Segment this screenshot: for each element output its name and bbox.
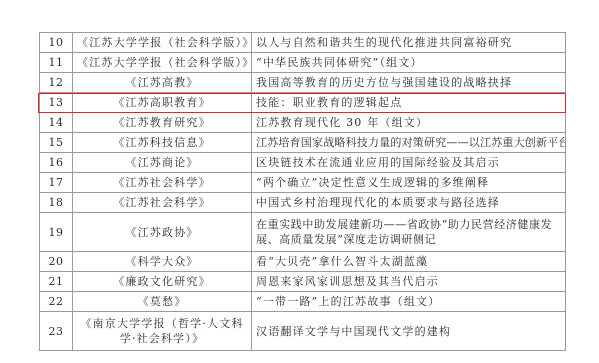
row-number: 10 <box>40 33 73 53</box>
table-row: 18 《江苏社会科学》 中国式乡村治理现代化的本质要求与路径选择 <box>40 193 566 213</box>
row-number: 11 <box>40 53 73 73</box>
article-title: 看“大贝壳”拿什么智斗太湖蓝藻 <box>252 252 566 272</box>
row-number: 20 <box>40 252 73 272</box>
journal-name: 《江苏社会科学》 <box>73 173 252 193</box>
journal-name: 《江苏社会科学》 <box>73 193 252 213</box>
row-number: 19 <box>40 213 73 252</box>
row-number: 12 <box>40 73 73 93</box>
row-number: 22 <box>40 292 73 312</box>
journal-name: 《廉政文化研究》 <box>73 272 252 292</box>
article-title: 技能：职业教育的逻辑起点 <box>252 93 566 113</box>
article-title: “中华民族共同体研究”（组文） <box>252 53 566 73</box>
article-title: 以人与自然和谐共生的现代化推进共同富裕研究 <box>252 33 566 53</box>
article-title: 周恩来家风家训思想及其当代启示 <box>252 272 566 292</box>
row-number: 18 <box>40 193 73 213</box>
table-row: 20 《科学大众》 看“大贝壳”拿什么智斗太湖蓝藻 <box>40 252 566 272</box>
table-row: 15 《江苏科技信息》 江苏培育国家战略科技力量的对策研究——以江苏重大创新平台… <box>40 133 566 153</box>
journal-name: 《江苏大学学报（社会科学版）》 <box>73 33 252 53</box>
table-row: 19 《江苏政协》 在重实践中助发展建新功——省政协“助力民营经济健康发展、高质… <box>40 213 566 252</box>
journal-name: 《江苏高职教育》 <box>73 93 252 113</box>
journal-name: 《江苏政协》 <box>73 213 252 252</box>
table-row: 21 《廉政文化研究》 周恩来家风家训思想及其当代启示 <box>40 272 566 292</box>
row-number: 15 <box>40 133 73 153</box>
table-row: 14 《江苏教育研究》 江苏教育现代化 30 年（组文） <box>40 113 566 133</box>
article-title: “一带一路”上的江苏故事（组文） <box>252 292 566 312</box>
article-title: 我国高等教育的历史方位与强国建设的战略抉择 <box>252 73 566 93</box>
journal-name: 《科学大众》 <box>73 252 252 272</box>
journal-name: 《江苏教育研究》 <box>73 113 252 133</box>
article-title: 江苏培育国家战略科技力量的对策研究——以江苏重大创新平台为例 <box>252 133 566 153</box>
table-row: 12 《江苏高教》 我国高等教育的历史方位与强国建设的战略抉择 <box>40 73 566 93</box>
article-title: 在重实践中助发展建新功——省政协“助力民营经济健康发展、高质量发展”深度走访调研… <box>252 213 566 252</box>
journal-name: 《江苏大学学报（社会科学版）》 <box>73 53 252 73</box>
table-row: 11 《江苏大学学报（社会科学版）》 “中华民族共同体研究”（组文） <box>40 53 566 73</box>
article-title: “两个确立”决定性意义生成逻辑的多维阐释 <box>252 173 566 193</box>
journal-name: 《江苏高教》 <box>73 73 252 93</box>
table-row: 22 《莫愁》 “一带一路”上的江苏故事（组文） <box>40 292 566 312</box>
journal-name: 《江苏商论》 <box>73 153 252 173</box>
row-number: 23 <box>40 312 73 351</box>
table-row: 23 《南京大学学报（哲学·人文科学·社会科学）》 汉语翻译文学与中国现代文学的… <box>40 312 566 351</box>
article-title: 汉语翻译文学与中国现代文学的建构 <box>252 312 566 351</box>
table-row: 17 《江苏社会科学》 “两个确立”决定性意义生成逻辑的多维阐释 <box>40 173 566 193</box>
row-number: 14 <box>40 113 73 133</box>
row-number: 17 <box>40 173 73 193</box>
row-number: 13 <box>40 93 73 113</box>
table-row: 10 《江苏大学学报（社会科学版）》 以人与自然和谐共生的现代化推进共同富裕研究 <box>40 33 566 53</box>
row-number: 16 <box>40 153 73 173</box>
award-list-table-container: 10 《江苏大学学报（社会科学版）》 以人与自然和谐共生的现代化推进共同富裕研究… <box>39 32 566 351</box>
table-row-highlighted: 13 《江苏高职教育》 技能：职业教育的逻辑起点 <box>40 93 566 113</box>
journal-name: 《南京大学学报（哲学·人文科学·社会科学）》 <box>73 312 252 351</box>
article-title: 中国式乡村治理现代化的本质要求与路径选择 <box>252 193 566 213</box>
award-list-table: 10 《江苏大学学报（社会科学版）》 以人与自然和谐共生的现代化推进共同富裕研究… <box>39 32 566 351</box>
article-title: 区块链技术在流通业应用的国际经验及其启示 <box>252 153 566 173</box>
article-title: 江苏教育现代化 30 年（组文） <box>252 113 566 133</box>
journal-name: 《江苏科技信息》 <box>73 133 252 153</box>
table-row: 16 《江苏商论》 区块链技术在流通业应用的国际经验及其启示 <box>40 153 566 173</box>
row-number: 21 <box>40 272 73 292</box>
journal-name: 《莫愁》 <box>73 292 252 312</box>
